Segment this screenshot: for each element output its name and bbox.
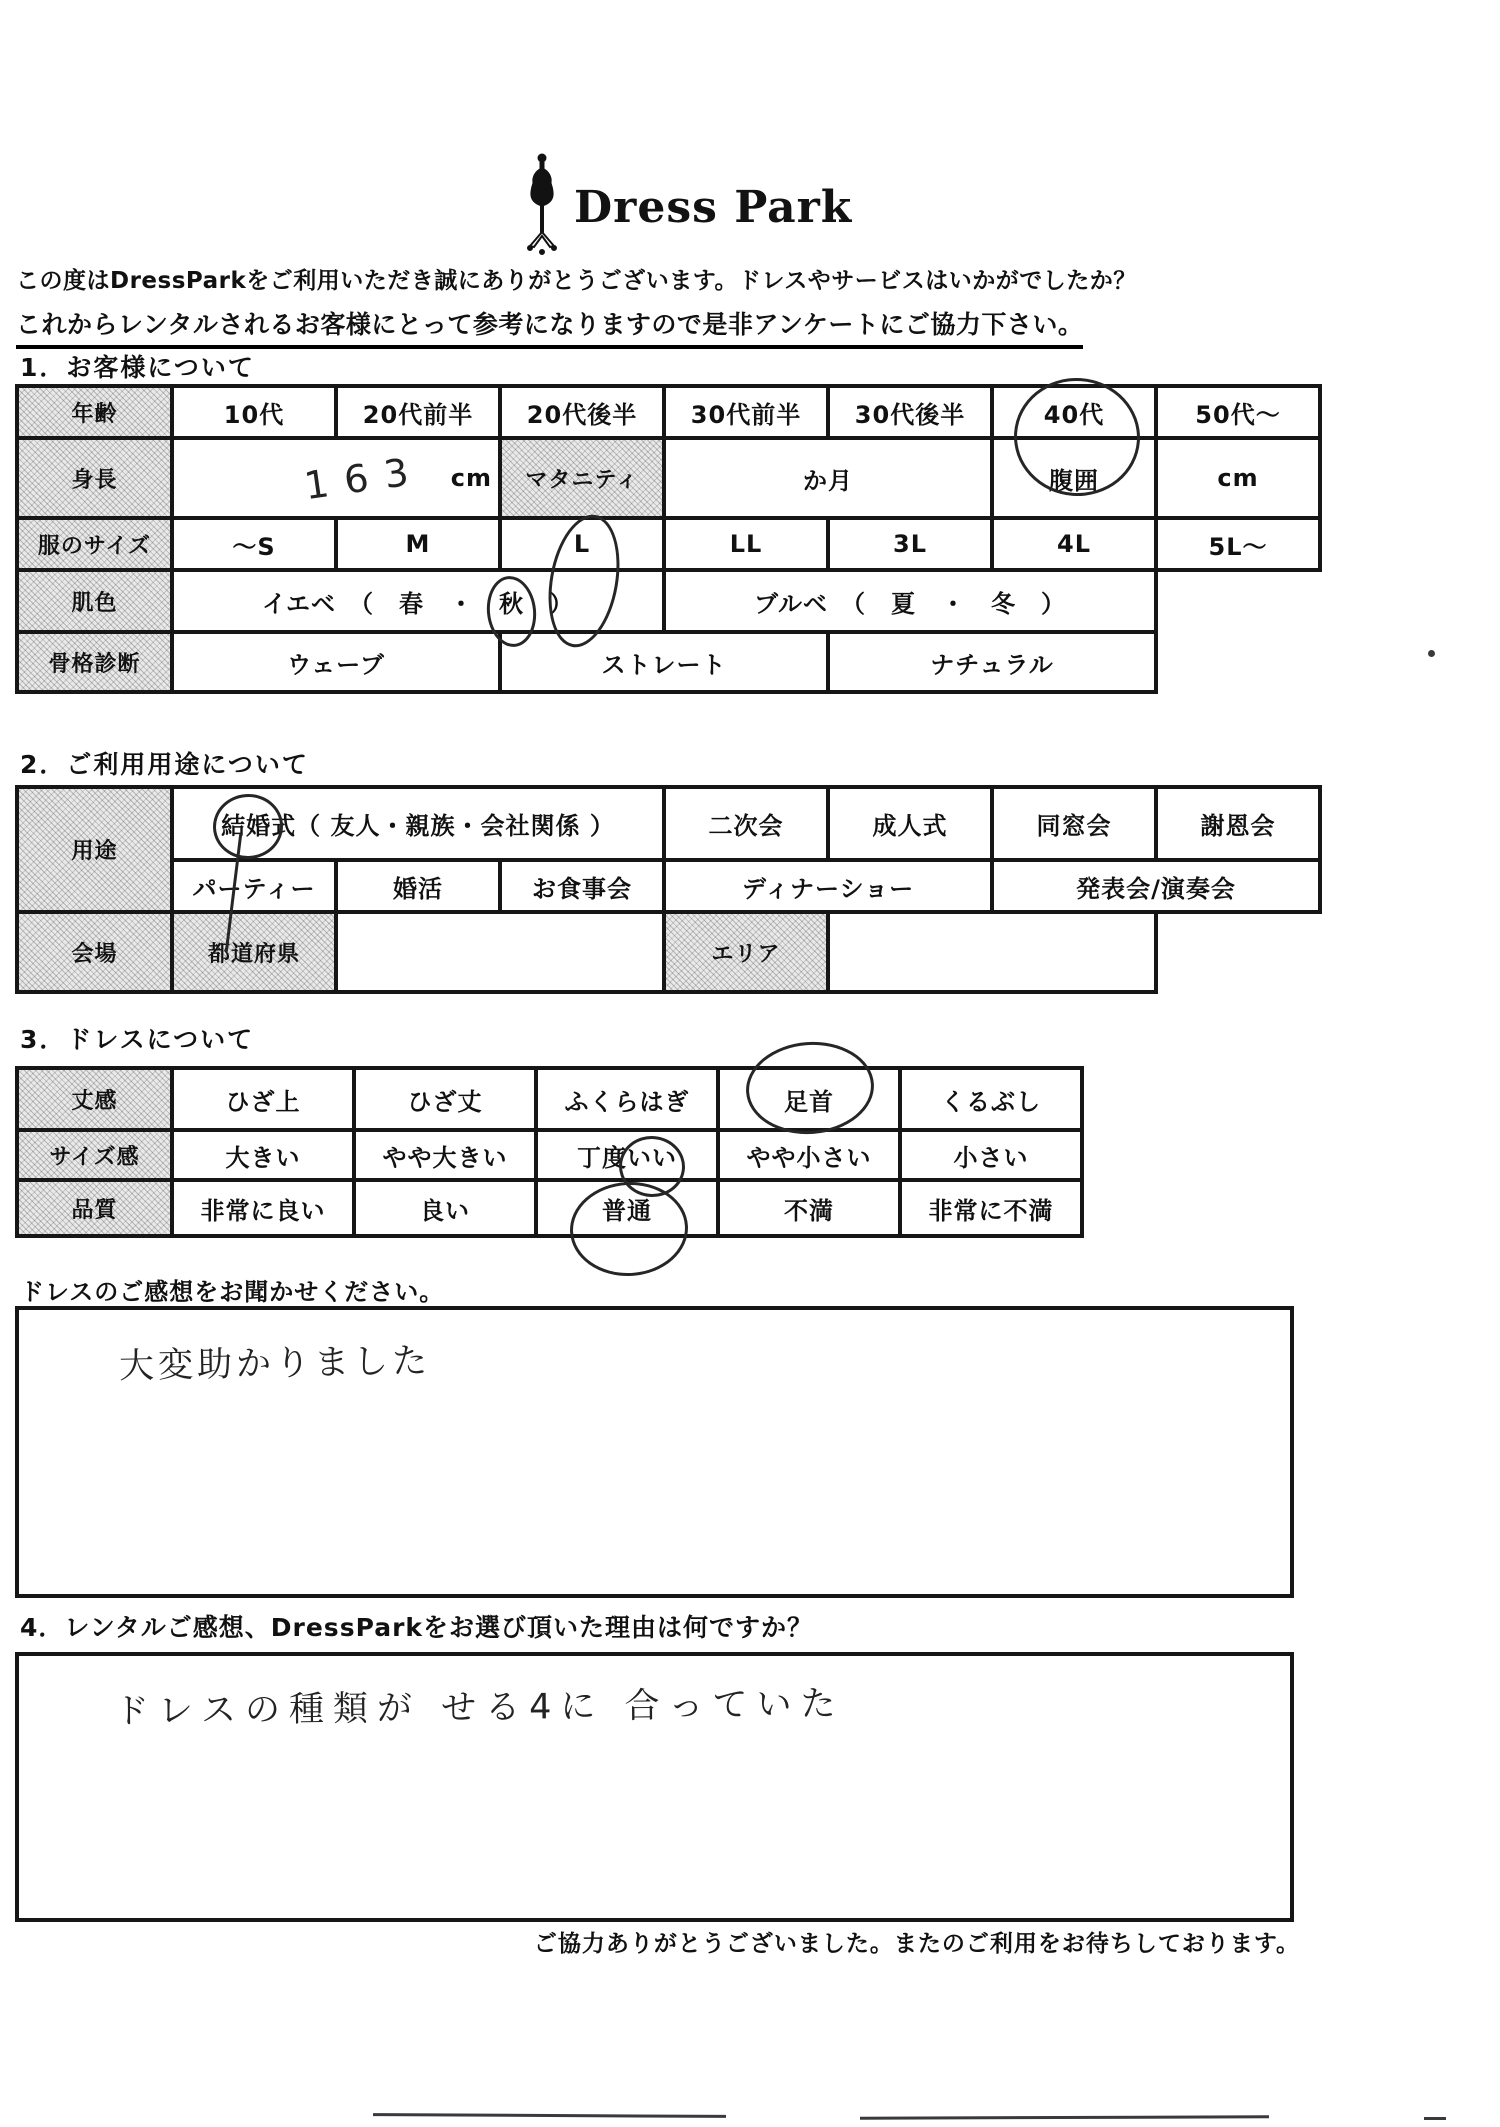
fit-option-selected: 丁度いい [536, 1130, 718, 1180]
venue-area-label: エリア [664, 912, 828, 992]
length-row: 丈感 ひざ上 ひざ丈 ふくらはぎ 足首 くるぶし [17, 1068, 1082, 1130]
intro-line-1: この度はDressParkをご利用いただき誠にありがとうございます。ドレスやサー… [16, 262, 1286, 295]
fit-circled-part: いい [627, 1138, 677, 1173]
survey-form-page: Dress Park この度はDressParkをご利用いただき誠にありがとうご… [0, 0, 1500, 2127]
empty-area [1156, 570, 1320, 632]
age-row: 年齢 10代 20代前半 20代後半 30代前半 30代後半 40代 50代～ [17, 386, 1320, 438]
age-option-selected: 40代 [992, 386, 1156, 438]
quality-row: 品質 非常に良い 良い 普通 不満 非常に不満 [17, 1180, 1082, 1236]
feedback-label: ドレスのご感想をお聞かせください。 [20, 1272, 444, 1307]
scan-artifact-line [860, 2115, 1269, 2119]
height-row: 身長 163 cm マタニティ か月 腹囲 cm [17, 438, 1320, 518]
maternity-months-cell: か月 [664, 438, 992, 518]
size-option: LL [664, 518, 828, 570]
size-option: ～S [172, 518, 336, 570]
size-option: 5L～ [1156, 518, 1320, 570]
handwritten-height: 163 [302, 448, 427, 508]
empty-area [1156, 912, 1320, 992]
quality-option: 良い [354, 1180, 536, 1236]
frame-option: ウェーブ [172, 632, 500, 692]
usage-option: 成人式 [828, 787, 992, 860]
length-label: 丈感 [17, 1068, 172, 1130]
usage-option: 同窓会 [992, 787, 1156, 860]
venue-row: 会場 都道府県 エリア [17, 912, 1320, 992]
length-option: ひざ上 [172, 1068, 354, 1130]
skin-tone-label: 肌色 [17, 570, 172, 632]
fit-label: サイズ感 [17, 1130, 172, 1180]
section2-heading: 2．ご利用用途について [20, 745, 309, 781]
usage-option: 二次会 [664, 787, 828, 860]
clothes-size-label: 服のサイズ [17, 518, 172, 570]
girth-label: 腹囲 [992, 438, 1156, 518]
frame-diagnosis-row: 骨格診断 ウェーブ ストレート ナチュラル [17, 632, 1320, 692]
length-option: ふくらはぎ [536, 1068, 718, 1130]
usage-table: 用途 結婚式（ 友人・親族・会社関係 ） 二次会 成人式 同窓会 謝恩会 パーテ… [15, 785, 1322, 994]
venue-area-input [828, 912, 1156, 992]
frame-option: ナチュラル [828, 632, 1156, 692]
scan-artifact-line [1424, 2117, 1446, 2120]
height-label: 身長 [17, 438, 172, 518]
intro-line-2: これからレンタルされるお客様にとって参考になりますので是非アンケートにご協力下さ… [16, 305, 1083, 349]
customer-info-table: 年齢 10代 20代前半 20代後半 30代前半 30代後半 40代 50代～ … [15, 384, 1322, 694]
usage-option: 発表会/演奏会 [992, 860, 1320, 912]
venue-label: 会場 [17, 912, 172, 992]
size-option: M [336, 518, 500, 570]
clothes-size-row: 服のサイズ ～S M L LL 3L 4L 5L～ [17, 518, 1320, 570]
usage-option: ディナーショー [664, 860, 992, 912]
fit-option: やや小さい [718, 1130, 900, 1180]
age-label: 年齢 [17, 386, 172, 438]
age-option: 20代後半 [500, 386, 664, 438]
frame-diagnosis-label: 骨格診断 [17, 632, 172, 692]
size-option: 3L [828, 518, 992, 570]
handwritten-reason: ドレスの種類が せる4に 合っていた [114, 1676, 845, 1734]
height-value-cell: 163 cm [172, 438, 500, 518]
frame-option: ストレート [500, 632, 828, 692]
usage-option: 謝恩会 [1156, 787, 1320, 860]
fit-option: 大きい [172, 1130, 354, 1180]
usage-option: お食事会 [500, 860, 664, 912]
dress-form-icon [520, 152, 564, 256]
closing-message: ご協力ありがとうございました。またのご利用をお待ちしております。 [534, 1925, 1300, 1958]
height-unit: cm [451, 464, 492, 492]
empty-area [1156, 632, 1320, 692]
size-option: 4L [992, 518, 1156, 570]
quality-option: 不満 [718, 1180, 900, 1236]
yellow-base-cell: イエベ （ 春 ・ 秋 ） [172, 570, 664, 632]
venue-prefecture-label: 都道府県 [172, 912, 336, 992]
venue-prefecture-input [336, 912, 664, 992]
handwritten-circle [568, 1179, 691, 1279]
reason-box: ドレスの種類が せる4に 合っていた [15, 1652, 1294, 1922]
fit-option: 小さい [900, 1130, 1082, 1180]
age-option: 20代前半 [336, 386, 500, 438]
brand-name: Dress Park [574, 186, 852, 256]
section4-heading: 4．レンタルご感想、DressParkをお選び頂いた理由は何ですか？ [20, 1608, 813, 1644]
fit-row: サイズ感 大きい やや大きい 丁度いい やや小さい 小さい [17, 1130, 1082, 1180]
section1-heading: 1．お客様について [20, 348, 255, 384]
length-option: くるぶし [900, 1068, 1082, 1130]
scan-artifact-dot [1428, 650, 1435, 657]
usage-row-1: 用途 結婚式（ 友人・親族・会社関係 ） 二次会 成人式 同窓会 謝恩会 [17, 787, 1320, 860]
age-option: 10代 [172, 386, 336, 438]
scan-artifact-line [373, 2113, 726, 2118]
dress-table: 丈感 ひざ上 ひざ丈 ふくらはぎ 足首 くるぶし サイズ感 大きい やや大きい … [15, 1066, 1084, 1238]
skin-tone-row: 肌色 イエベ （ 春 ・ 秋 ） ブルベ （ 夏 ・ 冬 ） [17, 570, 1320, 632]
usage-option: パーティー [172, 860, 336, 912]
usage-option: 婚活 [336, 860, 500, 912]
section3-heading: 3．ドレスについて [20, 1020, 254, 1056]
usage-option-selected: 結婚 [221, 806, 271, 841]
girth-unit: cm [1156, 438, 1320, 518]
maternity-cell: マタニティ [500, 438, 664, 518]
quality-label: 品質 [17, 1180, 172, 1236]
quality-option: 非常に良い [172, 1180, 354, 1236]
blue-base-cell: ブルベ （ 夏 ・ 冬 ） [664, 570, 1156, 632]
usage-option-wedding: 結婚式（ 友人・親族・会社関係 ） [172, 787, 664, 860]
feedback-box: 大変助かりました [15, 1306, 1294, 1598]
brand-logo: Dress Park [520, 152, 852, 256]
quality-option: 非常に不満 [900, 1180, 1082, 1236]
length-option: ひざ丈 [354, 1068, 536, 1130]
skin-option-selected: 秋 [499, 584, 524, 619]
fit-option: やや大きい [354, 1130, 536, 1180]
usage-row-2: パーティー 婚活 お食事会 ディナーショー 発表会/演奏会 [17, 860, 1320, 912]
size-option-selected: L [500, 518, 664, 570]
length-option-selected: 足首 [718, 1068, 900, 1130]
handwritten-feedback: 大変助かりました [119, 1333, 432, 1388]
usage-label: 用途 [17, 787, 172, 912]
quality-option-selected: 普通 [536, 1180, 718, 1236]
age-option: 50代～ [1156, 386, 1320, 438]
age-option: 30代前半 [664, 386, 828, 438]
age-option: 30代後半 [828, 386, 992, 438]
